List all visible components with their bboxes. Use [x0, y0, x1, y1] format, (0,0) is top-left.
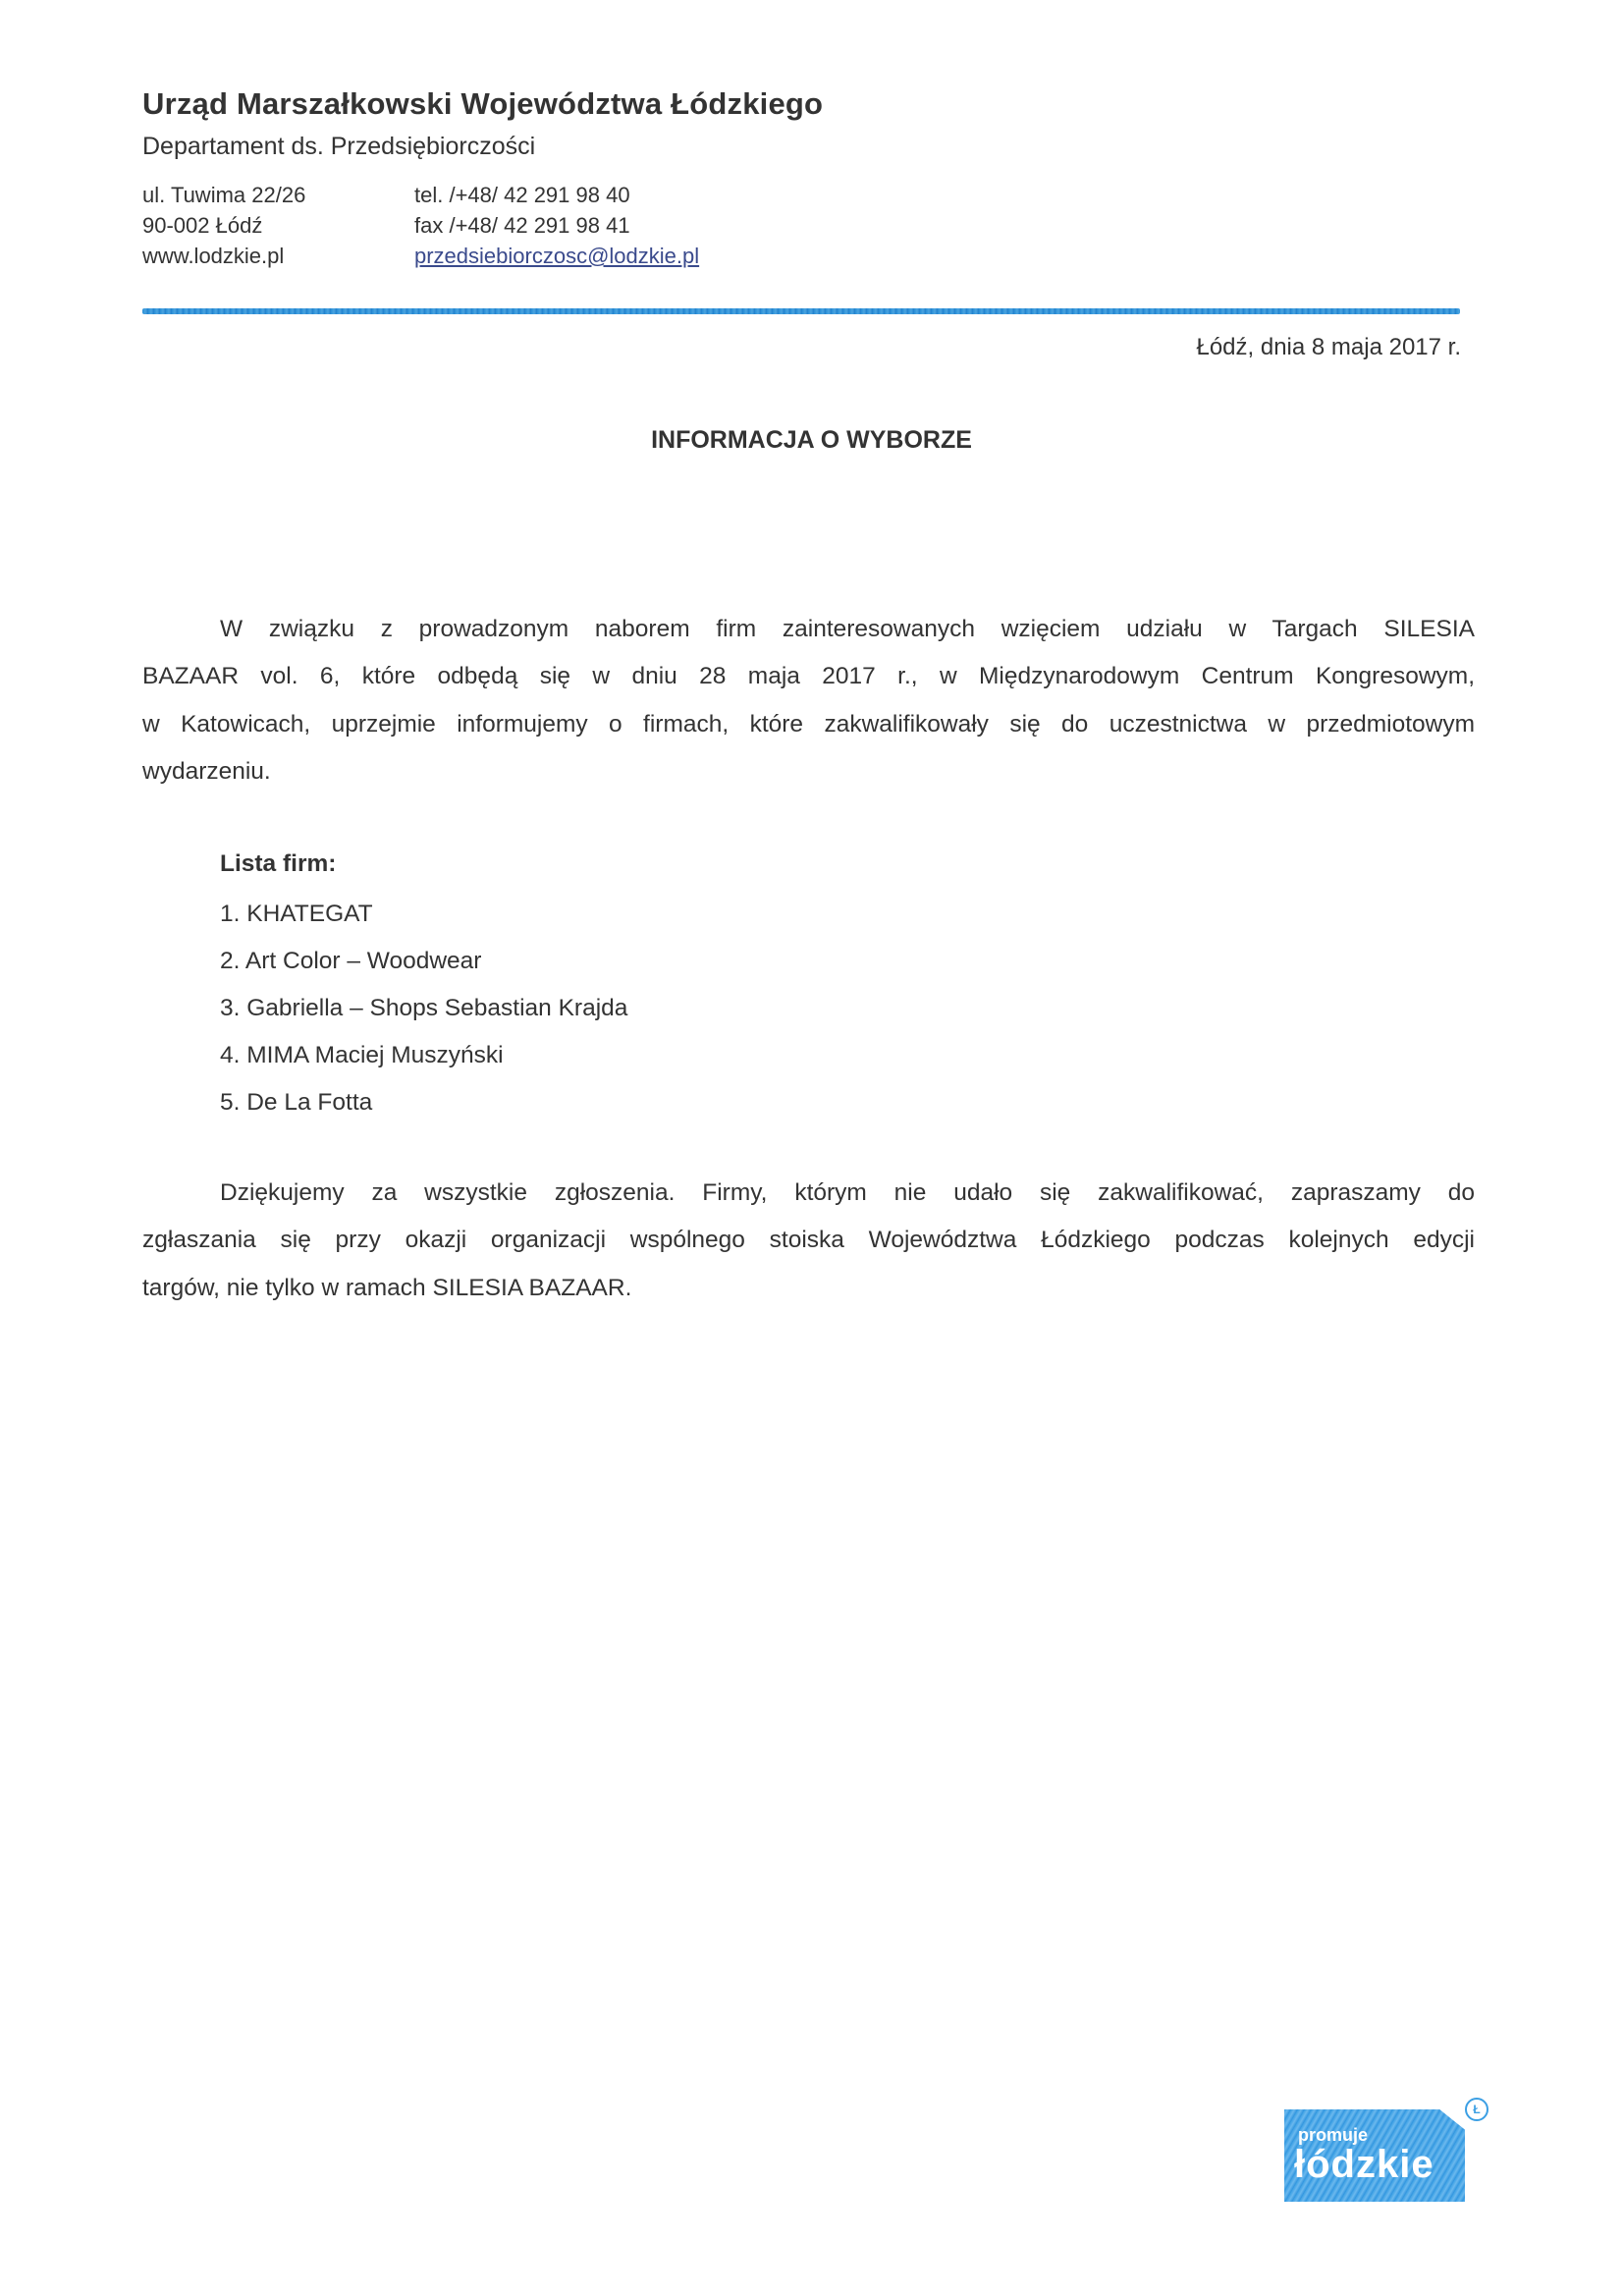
fax: fax /+48/ 42 291 98 41 — [414, 210, 699, 241]
promuje-lodzkie-logo: promuje łódzkie Ł — [1284, 2109, 1465, 2202]
paragraph-intro-line-3-wrap: w Katowicach, uprzejmie informujemy o fi… — [142, 701, 1475, 749]
paragraph-closing-line-1-wrap: Dziękujemy za wszystkie zgłoszenia. Firm… — [220, 1170, 1475, 1218]
email-link[interactable]: przedsiebiorczosc@lodzkie.pl — [414, 241, 699, 271]
document-title: INFORMACJA O WYBORZE — [0, 426, 1623, 455]
logo-big-text: łódzkie — [1294, 2143, 1434, 2187]
organization-name: Urząd Marszałkowski Województwa Łódzkieg… — [142, 86, 823, 122]
firm-list: 1. KHATEGAT 2. Art Color – Woodwear 3. G… — [220, 891, 627, 1126]
paragraph-closing-line-2-wrap: zgłaszania się przy okazji organizacji w… — [142, 1217, 1475, 1265]
paragraph-intro-line-2-wrap: BAZAAR vol. 6, które odbędą się w dniu 2… — [142, 653, 1475, 701]
firm-list-item: 2. Art Color – Woodwear — [220, 938, 627, 985]
firm-list-heading: Lista firm: — [220, 850, 336, 878]
paragraph-intro-line-1: W związku z prowadzonym naborem firm zai… — [220, 606, 1475, 654]
contact-block: tel. /+48/ 42 291 98 40 fax /+48/ 42 291… — [414, 180, 699, 271]
postal-city: 90-002 Łódź — [142, 210, 305, 241]
firm-list-item: 5. De La Fotta — [220, 1079, 627, 1126]
paragraph-intro-line-4-wrap: wydarzeniu. — [142, 748, 1475, 796]
firm-list-item: 4. MIMA Maciej Muszyński — [220, 1032, 627, 1079]
firm-list-item: 3. Gabriella – Shops Sebastian Krajda — [220, 985, 627, 1032]
paragraph-closing-line-2: zgłaszania się przy okazji organizacji w… — [142, 1217, 1475, 1265]
date-line: Łódź, dnia 8 maja 2017 r. — [1196, 334, 1461, 361]
street-address: ul. Tuwima 22/26 — [142, 180, 305, 210]
logo-badge-icon: Ł — [1465, 2098, 1488, 2121]
paragraph-closing-line-1: Dziękujemy za wszystkie zgłoszenia. Firm… — [220, 1170, 1475, 1218]
department-name: Departament ds. Przedsiębiorczości — [142, 133, 535, 161]
header-divider — [142, 308, 1460, 314]
paragraph-intro-lines: W związku z prowadzonym naborem firm zai… — [220, 606, 1475, 654]
firm-list-item: 1. KHATEGAT — [220, 891, 627, 938]
paragraph-intro-line-4: wydarzeniu. — [142, 748, 1475, 796]
paragraph-intro-line-3: w Katowicach, uprzejmie informujemy o fi… — [142, 701, 1475, 749]
paragraph-intro-line-2: BAZAAR vol. 6, które odbędą się w dniu 2… — [142, 653, 1475, 701]
telephone: tel. /+48/ 42 291 98 40 — [414, 180, 699, 210]
address-block: ul. Tuwima 22/26 90-002 Łódź www.lodzkie… — [142, 180, 305, 271]
paragraph-closing-line-3-wrap: targów, nie tylko w ramach SILESIA BAZAA… — [142, 1265, 1475, 1313]
website-link[interactable]: www.lodzkie.pl — [142, 241, 305, 271]
paragraph-closing-line-3: targów, nie tylko w ramach SILESIA BAZAA… — [142, 1265, 1475, 1313]
